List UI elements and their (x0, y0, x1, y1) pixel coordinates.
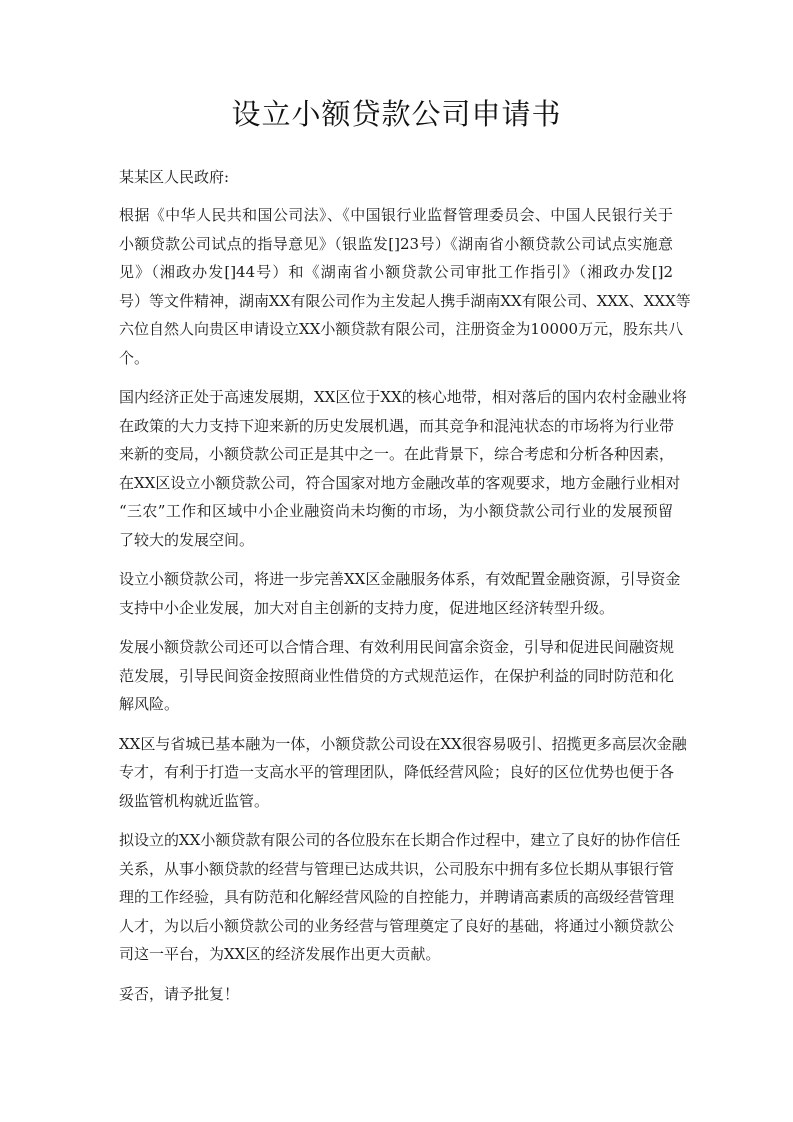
text-line: 支持中小企业发展，加大对自主创新的支持力度，促进地区经济转型升级。 (119, 594, 679, 623)
text-line: 了较大的发展空间。 (119, 526, 679, 555)
text-line: 发展小额贷款公司还可以合情合理、有效利用民间富余资金，引导和促进民间融资规 (119, 633, 673, 662)
paragraph-location-advantage: XX区与省城已基本融为一体，小额贷款公司设在XX很容易吸引、招揽更多高层次金融 … (119, 730, 679, 816)
document-page: 设立小额贷款公司申请书 某某区人民政府: 根据《中华人民共和国公司法》、《中国银… (0, 0, 793, 1122)
text-line: 小额贷款公司试点的指导意见》（银监发[]23号）《湖南省小额贷款公司试点实施意 (119, 230, 673, 259)
text-line: 来新的变局，小额贷款公司正是其中之一。在此背景下，综合考虑和分析各种因素， (119, 440, 673, 469)
text-line: 范发展，引导民间资金按照商业性借贷的方式规范运作，在保护利益的同时防范和化 (119, 662, 673, 691)
text-line: 见》（湘政办发[]44号）和《湖南省小额贷款公司审批工作指引》（湘政办发[]2 (119, 258, 673, 287)
paragraph-private-capital: 发展小额贷款公司还可以合情合理、有效利用民间富余资金，引导和促进民间融资规 范发… (119, 633, 679, 719)
text-line: 拟设立的XX小额贷款有限公司的各位股东在长期合作过程中，建立了良好的协作信任 (119, 826, 673, 855)
text-line: 设立小额贷款公司，将进一步完善XX区金融服务体系，有效配置金融资源，引导资金 (119, 565, 673, 594)
text-line: 在XX区设立小额贷款公司，符合国家对地方金融改革的客观要求，地方金融行业相对 (119, 469, 673, 498)
text-line: 根据《中华人民共和国公司法》、《中国银行业监督管理委员会、中国人民银行关于 (119, 201, 673, 230)
text-line: 六位自然人向贵区申请设立XX小额贷款有限公司，注册资金为10000万元，股东共八 (119, 315, 673, 344)
text-line: 专才，有利于打造一支高水平的管理团队，降低经营风险；良好的区位优势也便于各 (119, 758, 673, 787)
paragraph-shareholders: 拟设立的XX小额贷款有限公司的各位股东在长期合作过程中，建立了良好的协作信任 关… (119, 826, 679, 969)
salutation: 某某区人民政府: (119, 163, 679, 191)
paragraph-economic-background: 国内经济正处于高速发展期，XX区位于XX的核心地带，相对落后的国内农村金融业将 … (119, 383, 679, 554)
text-line: 关系，从事小额贷款的经营与管理已达成共识，公司股东中拥有多位长期从事银行管 (119, 855, 673, 884)
text-line: “三农”工作和区域中小企业融资尚未均衡的市场，为小额贷款公司行业的发展预留 (119, 497, 673, 526)
closing-request: 妥否，请予批复！ (119, 980, 679, 1008)
text-line: 司这一平台，为XX区的经济发展作出更大贡献。 (119, 940, 679, 969)
document-title: 设立小额贷款公司申请书 (0, 92, 793, 133)
paragraph-legal-basis: 根据《中华人民共和国公司法》、《中国银行业监督管理委员会、中国人民银行关于 小额… (119, 201, 679, 372)
text-line: 级监管机构就近监管。 (119, 787, 679, 816)
text-line: 解风险。 (119, 690, 679, 719)
document-body: 某某区人民政府: 根据《中华人民共和国公司法》、《中国银行业监督管理委员会、中国… (119, 163, 679, 1008)
text-line: 理的工作经验，具有防范和化解经营风险的自控能力，并聘请高素质的高级经营管理 (119, 883, 673, 912)
text-line: 国内经济正处于高速发展期，XX区位于XX的核心地带，相对落后的国内农村金融业将 (119, 383, 673, 412)
text-line: 在政策的大力支持下迎来新的历史发展机遇，而其竞争和混沌状态的市场将为行业带 (119, 412, 673, 441)
text-line: 人才，为以后小额贷款公司的业务经营与管理奠定了良好的基础，将通过小额贷款公 (119, 912, 673, 941)
text-line: 个。 (119, 344, 679, 373)
text-line: 号）等文件精神，湖南XX有限公司作为主发起人携手湖南XX有限公司、XXX、XXX… (119, 287, 673, 316)
text-line: XX区与省城已基本融为一体，小额贷款公司设在XX很容易吸引、招揽更多高层次金融 (119, 730, 673, 759)
paragraph-financial-services: 设立小额贷款公司，将进一步完善XX区金融服务体系，有效配置金融资源，引导资金 支… (119, 565, 679, 622)
